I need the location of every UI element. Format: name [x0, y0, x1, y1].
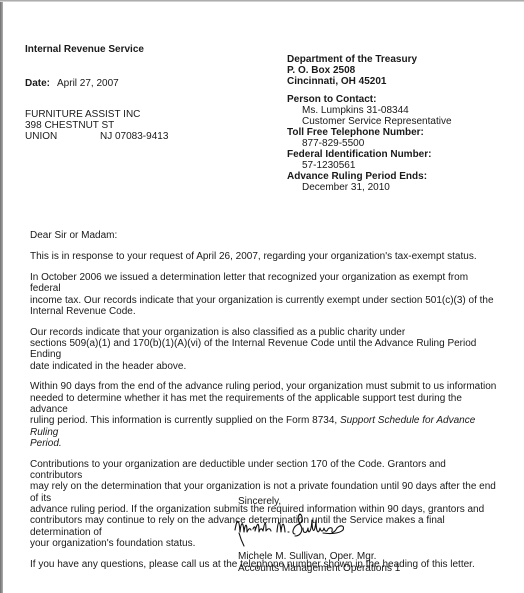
contact-title: Customer Service Representative	[287, 116, 452, 127]
p5-line: Contributions to your organization are d…	[30, 459, 446, 481]
fein-label: Federal Identification Number:	[287, 149, 452, 160]
p2-line: Internal Revenue Code.	[30, 306, 136, 317]
p4-line: ruling period. This information is curre…	[30, 415, 340, 426]
sender-block: Department of the Treasury P. O. Box 250…	[287, 54, 452, 193]
p3-line: sections 509(a)(1) and 170(b)(1)(A)(vi) …	[30, 338, 476, 360]
contact-name: Ms. Lumpkins 31-08344	[287, 105, 452, 116]
p4-line: needed to determine whether it has met t…	[30, 393, 462, 415]
scan-left-border	[0, 0, 3, 593]
p4-line: Within 90 days from the end of the advan…	[30, 381, 496, 392]
recipient-address: FURNITURE ASSIST INC 398 CHESTNUT ST UNI…	[25, 109, 168, 142]
recipient-street: 398 CHESTNUT ST	[25, 120, 168, 131]
signer-name: Michele M. Sullivan, Oper. Mgr.	[238, 551, 400, 563]
sender-department: Department of the Treasury	[287, 54, 452, 65]
sender-city: Cincinnati, OH 45201	[287, 76, 452, 87]
p3-line: date indicated in the header above.	[30, 361, 186, 372]
contact-label: Person to Contact:	[287, 94, 452, 105]
p5-line: your organization's foundation status.	[30, 538, 195, 549]
form-title-end: Period.	[30, 438, 62, 449]
salutation: Dear Sir or Madam:	[30, 230, 500, 241]
agency-name: Internal Revenue Service	[25, 44, 144, 55]
phone-label: Toll Free Telephone Number:	[287, 127, 452, 138]
ruling-value: December 31, 2010	[287, 182, 452, 193]
ruling-label: Advance Ruling Period Ends:	[287, 171, 452, 182]
fein-value: 57-1230561	[287, 160, 452, 171]
paragraph-3: Our records indicate that your organizat…	[30, 327, 500, 372]
date-value: April 27, 2007	[57, 78, 119, 89]
closing: Sincerely,	[238, 496, 281, 507]
paragraph-4: Within 90 days from the end of the advan…	[30, 381, 500, 449]
sender-po-box: P. O. Box 2508	[287, 65, 452, 76]
paragraph-1: This is in response to your request of A…	[30, 251, 500, 262]
handwritten-signature	[233, 510, 348, 548]
signer-department: Accounts Management Operations 1	[238, 563, 400, 575]
recipient-name: FURNITURE ASSIST INC	[25, 109, 168, 120]
letter-date: Date:April 27, 2007	[25, 78, 119, 89]
scan-top-border	[0, 0, 524, 2]
p2-line: income tax. Our records indicate that yo…	[30, 295, 494, 306]
paragraph-2: In October 2006 we issued a determinatio…	[30, 272, 500, 317]
recipient-state-zip: NJ 07083-9413	[100, 131, 168, 142]
date-label: Date:	[25, 78, 50, 89]
p3-line: Our records indicate that your organizat…	[30, 327, 405, 338]
signer-block: Michele M. Sullivan, Oper. Mgr. Accounts…	[238, 551, 400, 574]
p2-line: In October 2006 we issued a determinatio…	[30, 272, 468, 294]
recipient-city: UNION	[25, 131, 56, 142]
phone-value: 877-829-5500	[287, 138, 452, 149]
